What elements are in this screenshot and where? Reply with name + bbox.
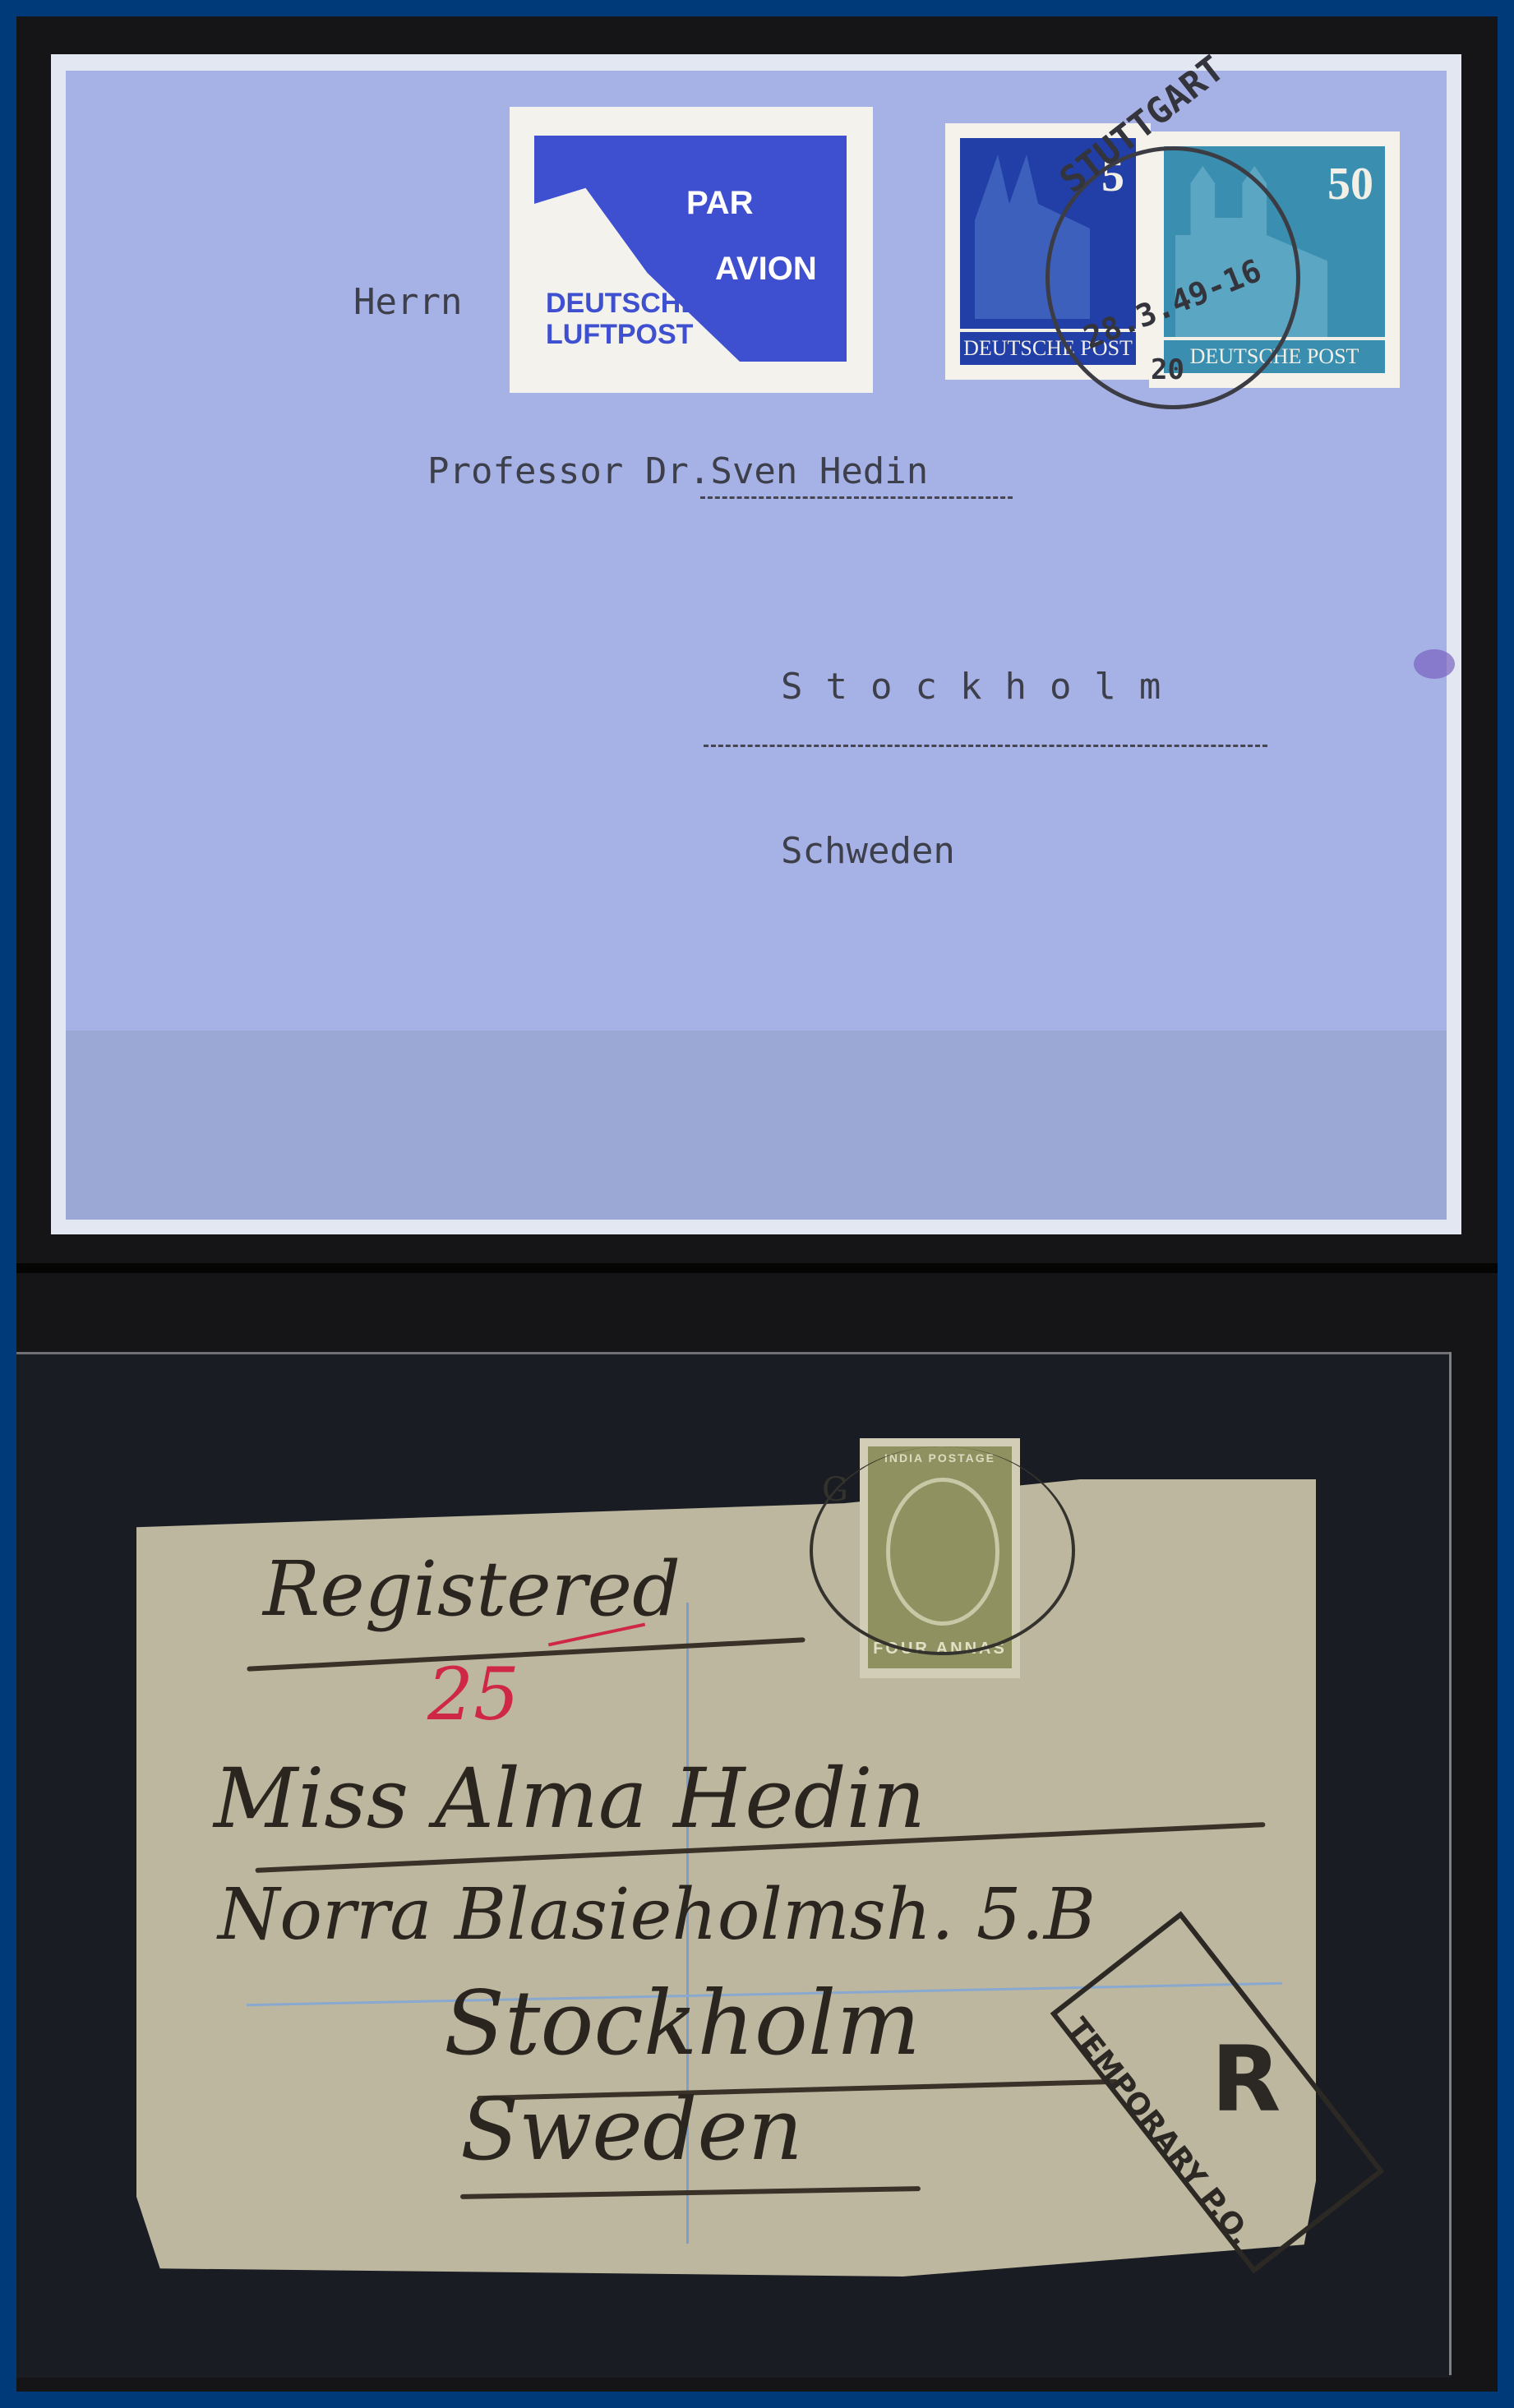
- red-number: 25: [427, 1652, 519, 1737]
- sleeve-edge: [1449, 1352, 1452, 2375]
- handwritten-country: Sweden: [460, 2079, 803, 2180]
- city-underline: [704, 745, 1267, 747]
- registration-letter: R: [1212, 2027, 1281, 2132]
- airmail-deutsche-luftpost: DEUTSCHE LUFTPOST: [546, 288, 699, 350]
- address-city: Stockholm: [781, 666, 1184, 708]
- postmark-letter: G: [822, 1471, 848, 1509]
- ink-mark: [1414, 649, 1455, 679]
- address-name: Professor Dr.Sven Hedin: [427, 450, 928, 492]
- envelope-flap-shadow: [66, 1031, 1447, 1220]
- handwritten-city: Stockholm: [444, 1972, 921, 2075]
- handwritten-registered: Registered: [263, 1545, 681, 1633]
- page-divider: [16, 1263, 1498, 1273]
- airmail-deutsche: DEUTSCHE: [546, 288, 699, 319]
- address-country: Schweden: [781, 830, 955, 872]
- airmail-label: PAR AVION DEUTSCHE LUFTPOST: [510, 107, 873, 393]
- airmail-avion: AVION: [715, 251, 817, 288]
- stamp-value: 50: [1327, 158, 1373, 210]
- postmark-number: 20: [1151, 353, 1184, 386]
- handwritten-name: Miss Alma Hedin: [214, 1751, 925, 1847]
- address-salutation: Herrn: [353, 281, 462, 323]
- airmail-par: PAR: [686, 185, 753, 222]
- india-postmark: [810, 1446, 1075, 1655]
- airmail-luftpost: LUFTPOST: [546, 319, 699, 350]
- name-underline: [700, 496, 1013, 499]
- handwritten-street: Norra Blasieholmsh. 5.B: [218, 1874, 1096, 1956]
